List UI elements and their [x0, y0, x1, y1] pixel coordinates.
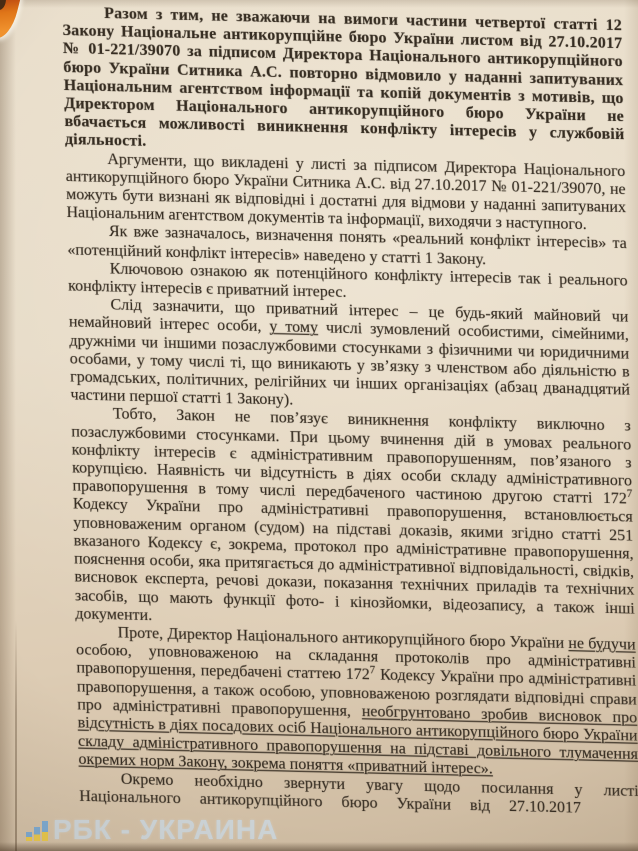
watermark: РБК - УКРАИНА [26, 816, 278, 844]
photo-page: Разом з тим, не зважаючи на вимоги части… [0, 0, 638, 851]
page-edge-shadow [15, 620, 17, 851]
dark-corner-shadow [0, 0, 6, 10]
document-paragraph: Слід зазначити, що приватний інтерес – ц… [68, 295, 630, 417]
document-paragraph: Тобто, Закон не пов’язує виникнення конф… [71, 405, 636, 637]
document-paragraph: Проте, Директор Національного антикорупц… [76, 623, 638, 782]
bar-chart-icon [26, 817, 48, 844]
watermark-label: РБК - УКРАИНА [53, 816, 278, 844]
document-paragraph: Аргументи, що викладені у листі за підпи… [65, 150, 626, 236]
document-body: Разом з тим, не зважаючи на вимоги части… [62, 4, 638, 819]
orange-corner-object [0, 0, 21, 41]
document-paragraph: Разом з тим, не зважаючи на вимоги части… [62, 4, 625, 163]
